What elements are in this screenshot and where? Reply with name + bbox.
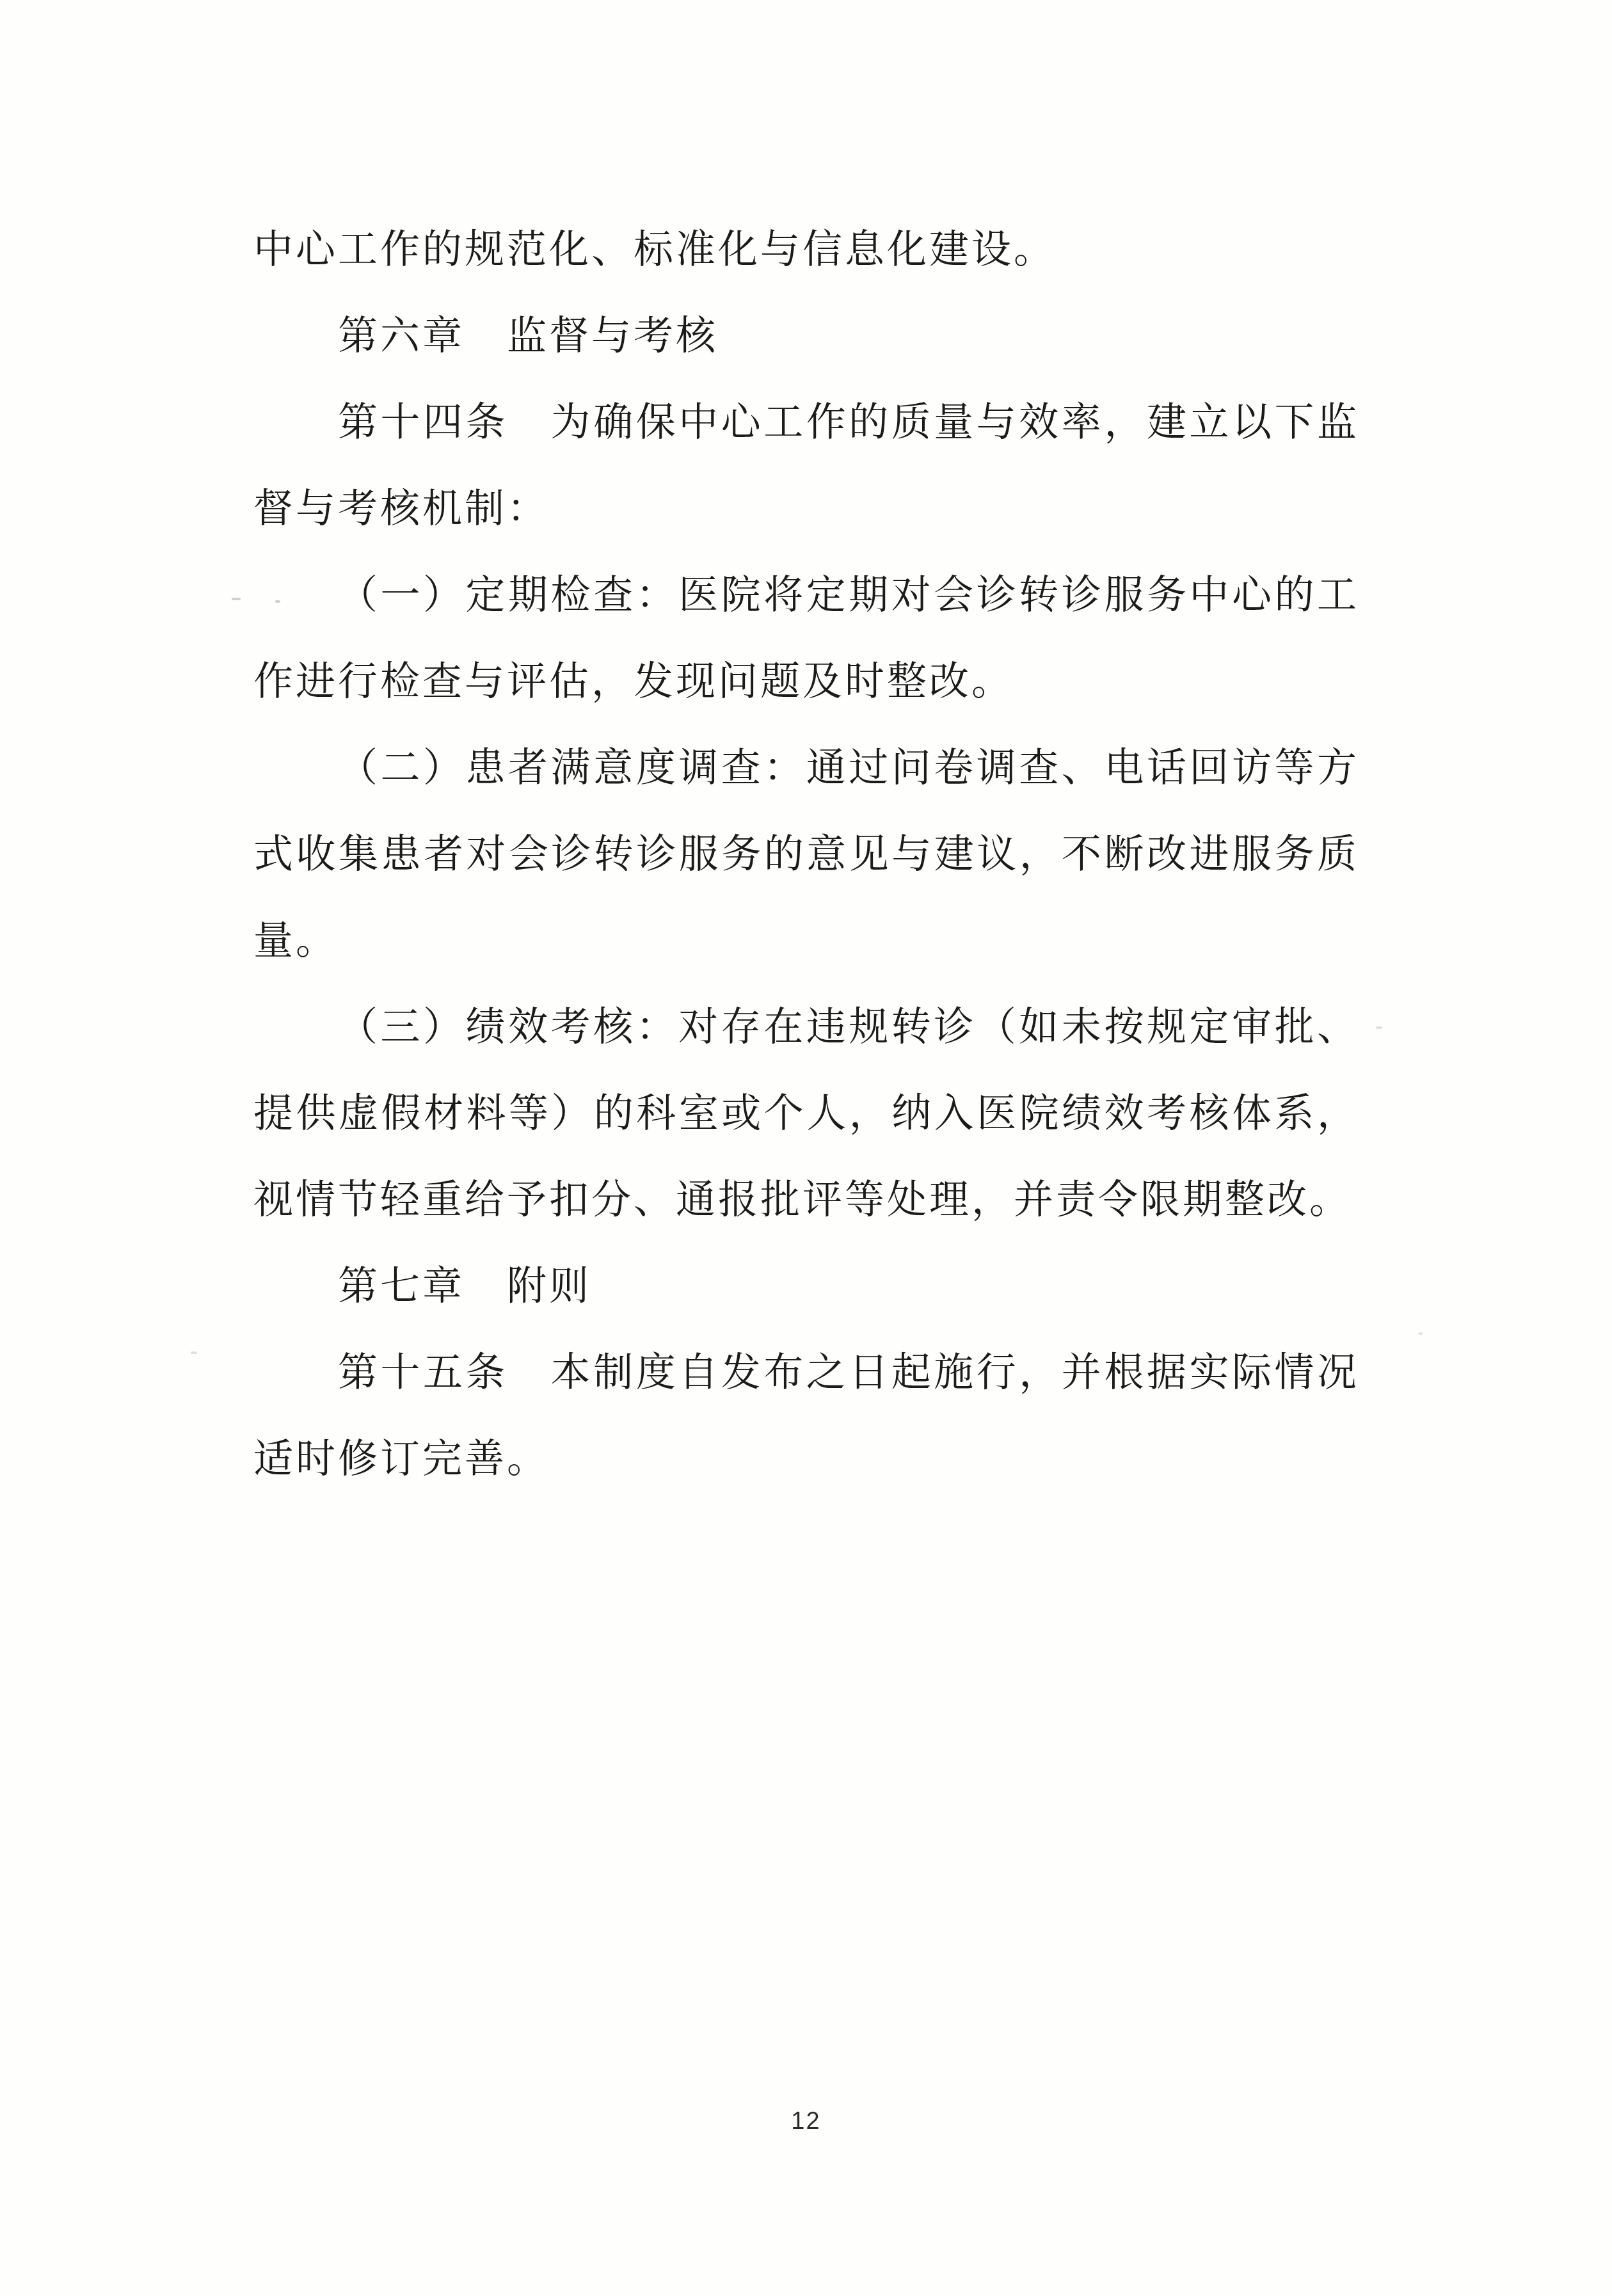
para-item-2-patient-satisfaction-survey: （二）患者满意度调查：通过问卷调查、电话回访等方式收集患者对会诊转诊服务的意见与… — [253, 726, 1359, 985]
scan-speck — [1418, 1332, 1423, 1335]
para-article-14: 第十四条 为确保中心工作的质量与效率，建立以下监督与考核机制： — [253, 380, 1359, 553]
chapter-6-heading: 第六章 监督与考核 — [253, 294, 1359, 380]
page-number: 12 — [0, 2108, 1612, 2135]
scan-speck — [191, 1351, 197, 1354]
chapter-7-heading: 第七章 附则 — [253, 1244, 1359, 1330]
scan-speck — [232, 598, 241, 600]
scan-speck — [1376, 1026, 1382, 1029]
para-article-15: 第十五条 本制度自发布之日起施行，并根据实际情况适时修订完善。 — [253, 1330, 1359, 1503]
para-continuation-chapter5: 中心工作的规范化、标准化与信息化建设。 — [253, 207, 1359, 294]
para-item-1-regular-inspection: （一）定期检查：医院将定期对会诊转诊服务中心的工作进行检查与评估，发现问题及时整… — [253, 553, 1359, 726]
document-body: 中心工作的规范化、标准化与信息化建设。 第六章 监督与考核 第十四条 为确保中心… — [253, 207, 1359, 1503]
document-page: 中心工作的规范化、标准化与信息化建设。 第六章 监督与考核 第十四条 为确保中心… — [0, 0, 1612, 2296]
para-item-3-performance-assessment: （三）绩效考核：对存在违规转诊（如未按规定审批、提供虚假材料等）的科室或个人，纳… — [253, 985, 1359, 1244]
scan-speck — [275, 600, 280, 603]
